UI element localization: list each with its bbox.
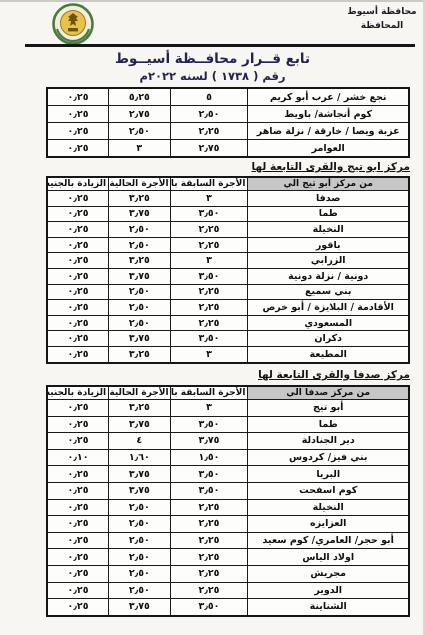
increase-cell: ٠٫٢٥ — [47, 516, 109, 533]
increase-cell: ٠٫٢٥ — [47, 599, 109, 616]
current-fare-cell: ٢٫٥٠ — [109, 284, 171, 300]
current-fare-cell: ٢٫٥٠ — [109, 565, 171, 582]
section-title-abu-tig: مركز ابو تيج والقرى التابعة لها — [252, 161, 410, 173]
previous-fare-cell: ٢٫٢٥ — [170, 284, 248, 300]
fare-row: النخيلة ٢٫٢٥ ٢٫٥٠ ٠٫٢٥ — [47, 499, 409, 516]
increase-cell: ٠٫٢٥ — [47, 346, 109, 362]
increase-cell: ٠٫٢٥ — [47, 482, 109, 499]
previous-fare-cell: ٢٫٢٥ — [170, 582, 248, 599]
fare-row: اولاد الياس ٢٫٢٥ ٢٫٥٠ ٠٫٢٥ — [47, 549, 409, 566]
fare-row: طما ٣٫٥٠ ٣٫٧٥ ٠٫٢٥ — [47, 416, 409, 433]
current-fare-header: الأجرة الحالية بالجنية — [109, 386, 171, 400]
table-header-row: من مركز صدفا الي الأجرة السابقة بالجنية … — [47, 386, 409, 400]
current-fare-cell: ٣٫٧٥ — [109, 206, 171, 222]
destination-cell: دكران — [248, 331, 409, 347]
increase-cell: ٠٫٢٥ — [47, 268, 109, 284]
previous-fare-cell: ١٫٥٠ — [170, 449, 248, 466]
destination-cell: النخيلة — [248, 499, 409, 516]
current-fare-cell: ٣٫٧٥ — [109, 416, 171, 433]
destination-cell: الدوير — [248, 582, 409, 599]
current-fare-cell: ٢٫٥٠ — [109, 315, 171, 331]
current-fare-cell: ٢٫٥٠ — [109, 237, 171, 253]
current-fare-cell: ٣٫٢٥ — [109, 253, 171, 269]
current-fare-cell: ٢٫٥٠ — [109, 582, 171, 599]
header-divider — [25, 44, 415, 47]
fare-row: عزبة ويصا / خارقة / نزلة ضاهر ٢٫٢٥ ٢٫٥٠ … — [47, 123, 409, 140]
destination-cell: دونية / نزلة دونية — [248, 268, 409, 284]
previous-fare-header: الأجرة السابقة بالجنية — [170, 177, 248, 191]
fare-row: المسعودي ٢٫٢٥ ٢٫٥٠ ٠٫٢٥ — [47, 315, 409, 331]
destination-cell: عزبة ويصا / خارقة / نزلة ضاهر — [248, 123, 409, 140]
increase-header: الزيادة بالجنيه — [47, 177, 109, 191]
current-fare-cell: ٤ — [109, 433, 171, 450]
increase-cell: ٠٫٢٥ — [47, 416, 109, 433]
increase-cell: ٠٫٢٥ — [47, 253, 109, 269]
fare-row: أبو حجر/ العامري/ كوم سعيد ٢٫٢٥ ٢٫٥٠ ٠٫٢… — [47, 532, 409, 549]
fare-row: صدفا ٣ ٣٫٢٥ ٠٫٢٥ — [47, 191, 409, 207]
fare-row: باقور ٢٫٢٥ ٢٫٥٠ ٠٫٢٥ — [47, 237, 409, 253]
increase-cell: ٠٫٢٥ — [47, 237, 109, 253]
previous-fare-cell: ٢٫٢٥ — [170, 549, 248, 566]
increase-cell: ٠٫٢٥ — [47, 106, 109, 123]
previous-fare-cell: ٣٫٥٠ — [170, 416, 248, 433]
destination-cell: العوامر — [248, 140, 409, 158]
fare-row: المطيعة ٣ ٣٫٢٥ ٠٫٢٥ — [47, 346, 409, 362]
destination-cell: مجريش — [248, 565, 409, 582]
destination-cell: النخيلة — [248, 222, 409, 238]
destination-cell: بني سميع — [248, 284, 409, 300]
current-fare-cell: ٣٫٧٥ — [109, 268, 171, 284]
previous-fare-cell: ٢٫٧٥ — [170, 140, 248, 158]
fare-row: كوم اسفحت ٣٫٥٠ ٣٫٧٥ ٠٫٢٥ — [47, 482, 409, 499]
previous-fare-cell: ٢٫٢٥ — [170, 123, 248, 140]
increase-cell: ٠٫٢٥ — [47, 206, 109, 222]
section-title-sadfa: مركز صدفا والقرى التابعة لها — [258, 369, 410, 381]
increase-cell: ٠٫٢٥ — [47, 222, 109, 238]
increase-cell: ٠٫١٠ — [47, 449, 109, 466]
current-fare-cell: ٢٫٧٥ — [109, 106, 171, 123]
fares-table-abu-tig: من مركز أبو تيج الي الأجرة السابقة بالجن… — [46, 176, 410, 364]
current-fare-cell: ٣٫٧٥ — [109, 599, 171, 616]
previous-fare-cell: ٢٫٢٥ — [170, 315, 248, 331]
increase-cell: ٠٫٢٥ — [47, 499, 109, 516]
increase-cell: ٠٫٢٥ — [47, 582, 109, 599]
previous-fare-cell: ٢٫٢٥ — [170, 565, 248, 582]
fare-row: دكران ٣٫٥٠ ٣٫٧٥ ٠٫٢٥ — [47, 331, 409, 347]
previous-fare-cell: ٢٫٢٥ — [170, 532, 248, 549]
current-fare-cell: ٢٫٥٠ — [109, 300, 171, 316]
destination-cell: نجع خشر / عرب أبو كريم — [248, 88, 409, 106]
letterhead-line1: محافظة أسيوط — [347, 6, 417, 20]
destination-cell: البريا — [248, 466, 409, 483]
current-fare-header: الأجرة الحالية بالجنية — [109, 177, 171, 191]
destination-cell: باقور — [248, 237, 409, 253]
increase-cell: ٠٫٢٥ — [47, 315, 109, 331]
previous-fare-cell: ٣ — [170, 346, 248, 362]
current-fare-cell: ٣٫٧٥ — [109, 482, 171, 499]
fare-row: الشناينة ٣٫٥٠ ٣٫٧٥ ٠٫٢٥ — [47, 599, 409, 616]
current-fare-cell: ١٫٦٠ — [109, 449, 171, 466]
increase-cell: ٠٫٢٥ — [47, 140, 109, 158]
destination-cell: اولاد الياس — [248, 549, 409, 566]
fares-table-sadfa: من مركز صدفا الي الأجرة السابقة بالجنية … — [46, 385, 410, 617]
destination-cell: كوم أنجاشة/ باويط — [248, 106, 409, 123]
previous-fare-cell: ٣٫٥٠ — [170, 206, 248, 222]
fare-row: العزايزه ٢٫٢٥ ٢٫٥٠ ٠٫٢٥ — [47, 516, 409, 533]
fare-row: الدوير ٢٫٢٥ ٢٫٥٠ ٠٫٢٥ — [47, 582, 409, 599]
destination-cell: بني فيز/ كردوس — [248, 449, 409, 466]
destination-cell: أبو حجر/ العامري/ كوم سعيد — [248, 532, 409, 549]
increase-cell: ٠٫٢٥ — [47, 549, 109, 566]
current-fare-cell: ٢٫٥٠ — [109, 499, 171, 516]
destination-cell: دير الجنادلة — [248, 433, 409, 450]
increase-header: الزيادة بالجنيه — [47, 386, 109, 400]
decree-number: رقم ( ١٧٣٨ ) لسنه ٢٠٢٢م — [0, 69, 425, 83]
previous-fare-cell: ٢٫٢٥ — [170, 222, 248, 238]
increase-cell: ٠٫٢٥ — [47, 466, 109, 483]
governorate-letterhead: محافظة أسيوط المحافظة — [347, 6, 417, 33]
previous-fare-cell: ٣ — [170, 191, 248, 207]
current-fare-cell: ٣٫٢٥ — [109, 191, 171, 207]
table-header-row: من مركز أبو تيج الي الأجرة السابقة بالجن… — [47, 177, 409, 191]
fare-row: النخيلة ٢٫٢٥ ٢٫٥٠ ٠٫٢٥ — [47, 222, 409, 238]
scanned-decree-page: محافظة أسيوط المحافظة تابع قــرار محافــ… — [0, 0, 425, 635]
destination-cell: المسعودي — [248, 315, 409, 331]
increase-cell: ٠٫٢٥ — [47, 284, 109, 300]
destination-cell: صدفا — [248, 191, 409, 207]
fare-row: البريا ٣٫٥٠ ٣٫٧٥ ٠٫٢٥ — [47, 466, 409, 483]
increase-cell: ٠٫٢٥ — [47, 300, 109, 316]
previous-fare-cell: ٢٫٢٥ — [170, 300, 248, 316]
increase-cell: ٠٫٢٥ — [47, 433, 109, 450]
current-fare-cell: ٢٫٥٠ — [109, 222, 171, 238]
destination-cell: طما — [248, 416, 409, 433]
destination-cell: طما — [248, 206, 409, 222]
previous-fare-cell: ٣٫٧٥ — [170, 433, 248, 450]
previous-fare-cell: ٣ — [170, 400, 248, 417]
destination-cell: الزرابي — [248, 253, 409, 269]
current-fare-cell: ٣٫٢٥ — [109, 400, 171, 417]
current-fare-cell: ٣٫٧٥ — [109, 331, 171, 347]
previous-fare-cell: ٢٫٢٥ — [170, 516, 248, 533]
current-fare-cell: ٢٫٥٠ — [109, 516, 171, 533]
destination-cell: الأقادمة / البلايزة / أبو خرص — [248, 300, 409, 316]
previous-fare-cell: ٣ — [170, 253, 248, 269]
previous-fare-cell: ٣٫٥٠ — [170, 268, 248, 284]
current-fare-cell: ٣٫٢٥ — [109, 346, 171, 362]
current-fare-cell: ٢٫٥٠ — [109, 123, 171, 140]
current-fare-cell: ٣ — [109, 140, 171, 158]
governorate-emblem-icon — [52, 3, 94, 45]
fare-row: مجريش ٢٫٢٥ ٢٫٥٠ ٠٫٢٥ — [47, 565, 409, 582]
previous-fare-cell: ٢٫٥٠ — [170, 106, 248, 123]
decree-title: تابع قــرار محافــظة أسيــوط — [0, 51, 425, 67]
increase-cell: ٠٫٢٥ — [47, 532, 109, 549]
fare-row: نجع خشر / عرب أبو كريم ٥ ٥٫٢٥ ٠٫٢٥ — [47, 88, 409, 106]
from-center-header: من مركز أبو تيج الي — [248, 177, 409, 191]
previous-fare-cell: ٣٫٥٠ — [170, 331, 248, 347]
fare-row: كوم أنجاشة/ باويط ٢٫٥٠ ٢٫٧٥ ٠٫٢٥ — [47, 106, 409, 123]
fare-row: دير الجنادلة ٣٫٧٥ ٤ ٠٫٢٥ — [47, 433, 409, 450]
previous-fare-cell: ٣٫٥٠ — [170, 482, 248, 499]
current-fare-cell: ٢٫٥٠ — [109, 549, 171, 566]
destination-cell: أبو تيج — [248, 400, 409, 417]
current-fare-cell: ٢٫٥٠ — [109, 532, 171, 549]
previous-fare-cell: ٢٫٢٥ — [170, 499, 248, 516]
letterhead-line2: المحافظة — [347, 20, 417, 34]
previous-fare-cell: ٣٫٥٠ — [170, 466, 248, 483]
destination-cell: المطيعة — [248, 346, 409, 362]
previous-fare-cell: ٢٫٢٥ — [170, 237, 248, 253]
increase-cell: ٠٫٢٥ — [47, 123, 109, 140]
previous-fare-cell: ٣٫٥٠ — [170, 599, 248, 616]
fares-table-continuation: نجع خشر / عرب أبو كريم ٥ ٥٫٢٥ ٠٫٢٥ كوم أ… — [46, 87, 410, 158]
fare-row: الزرابي ٣ ٣٫٢٥ ٠٫٢٥ — [47, 253, 409, 269]
fare-row: بني سميع ٢٫٢٥ ٢٫٥٠ ٠٫٢٥ — [47, 284, 409, 300]
from-center-header: من مركز صدفا الي — [248, 386, 409, 400]
current-fare-cell: ٣٫٧٥ — [109, 466, 171, 483]
previous-fare-header: الأجرة السابقة بالجنية — [170, 386, 248, 400]
fare-row: طما ٣٫٥٠ ٣٫٧٥ ٠٫٢٥ — [47, 206, 409, 222]
increase-cell: ٠٫٢٥ — [47, 565, 109, 582]
fare-row: دونية / نزلة دونية ٣٫٥٠ ٣٫٧٥ ٠٫٢٥ — [47, 268, 409, 284]
destination-cell: الشناينة — [248, 599, 409, 616]
increase-cell: ٠٫٢٥ — [47, 88, 109, 106]
previous-fare-cell: ٥ — [170, 88, 248, 106]
fare-row: الأقادمة / البلايزة / أبو خرص ٢٫٢٥ ٢٫٥٠ … — [47, 300, 409, 316]
fare-row: العوامر ٢٫٧٥ ٣ ٠٫٢٥ — [47, 140, 409, 158]
destination-cell: كوم اسفحت — [248, 482, 409, 499]
increase-cell: ٠٫٢٥ — [47, 400, 109, 417]
increase-cell: ٠٫٢٥ — [47, 331, 109, 347]
fare-row: أبو تيج ٣ ٣٫٢٥ ٠٫٢٥ — [47, 400, 409, 417]
current-fare-cell: ٥٫٢٥ — [109, 88, 171, 106]
destination-cell: العزايزه — [248, 516, 409, 533]
increase-cell: ٠٫٢٥ — [47, 191, 109, 207]
scan-top-edge — [0, 0, 425, 2]
fare-row: بني فيز/ كردوس ١٫٥٠ ١٫٦٠ ٠٫١٠ — [47, 449, 409, 466]
